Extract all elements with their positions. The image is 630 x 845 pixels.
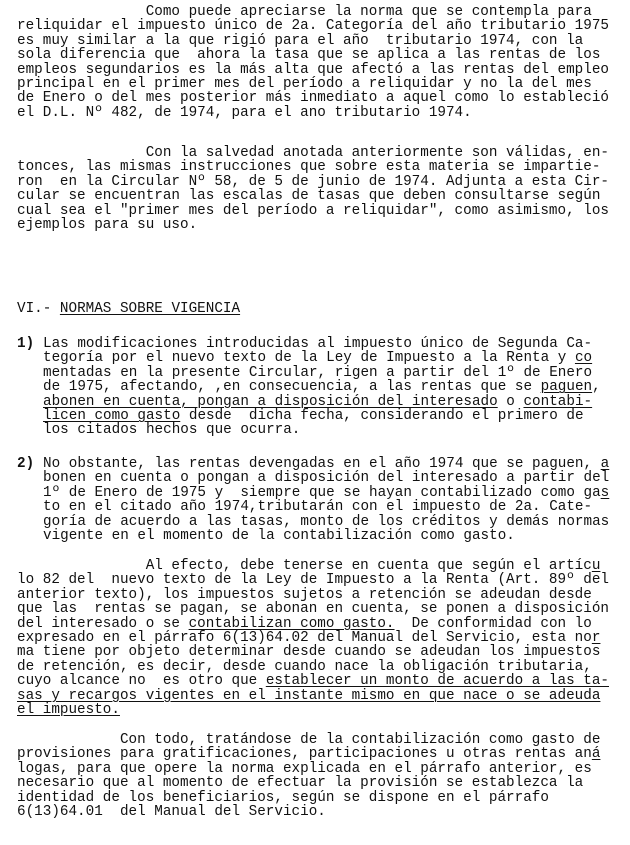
- text-line: Las modificaciones introducidas al impue…: [43, 337, 592, 351]
- text-line: de Enero o del mes posterior más inmedia…: [17, 91, 609, 105]
- text-line: de 1975, afectando, ,en consecuencia, a …: [43, 380, 601, 394]
- text-line: de retención, es decir, desde cuando nac…: [17, 660, 592, 674]
- text-line: cual sea el "primer mes del período a re…: [17, 204, 609, 218]
- text-line: ma tiene por objeto determinar desde cua…: [17, 645, 600, 659]
- text-line: del interesado o se contabilizan como ga…: [17, 617, 592, 631]
- text-line: cuyo alcance no es otro que establecer u…: [17, 674, 609, 688]
- text-line: 1º de Enero de 1975 y siempre que se hay…: [43, 486, 609, 500]
- text-line: que las rentas se pagan, se abonan en cu…: [17, 602, 609, 616]
- text-line: reliquidar el impuesto único de 2a. Cate…: [17, 19, 609, 33]
- text-line: vigente en el momento de la contabilizac…: [43, 529, 515, 543]
- text-line: No obstante, las rentas devengadas en el…: [43, 457, 609, 471]
- list-marker: 2): [17, 457, 34, 471]
- text-line: to en el citado año 1974,tributarán con …: [43, 500, 592, 514]
- text-line: cular se encuentran las escalas de tasas…: [17, 189, 600, 203]
- list-marker: 1): [17, 337, 34, 351]
- text-line: 6(13)64.01 del Manual del Servicio.: [17, 805, 326, 819]
- text-line: Como puede apreciarse la norma que se co…: [17, 5, 592, 19]
- text-line: necesario que al momento de efectuar la …: [17, 776, 583, 790]
- text-line: licen como gasto desde dicha fecha, cons…: [43, 409, 584, 423]
- text-line: sola diferencia que ahora la tasa que se…: [17, 48, 600, 62]
- text-line: identidad de los beneficiarios, según se…: [17, 791, 549, 805]
- text-line: goría de acuerdo a las tasas, monto de l…: [43, 515, 609, 529]
- text-line: expresado en el párrafo 6(13)64.02 del M…: [17, 631, 600, 645]
- text-line: provisiones para gratificaciones, partic…: [17, 747, 600, 761]
- text-line: el D.L. Nº 482, de 1974, para el ano tri…: [17, 106, 472, 120]
- underlined-text: á: [592, 746, 601, 762]
- text-line: mentadas en la presente Circular, rigen …: [43, 366, 592, 380]
- text-span: ,: [592, 379, 601, 395]
- text-line: bonen en cuenta o pongan a disposición d…: [43, 471, 609, 485]
- section-heading: VI.- NORMAS SOBRE VIGENCIA: [17, 302, 240, 316]
- text-span: vigente en el momento de la contabilizac…: [43, 528, 515, 544]
- text-line: Con la salvedad anotada anteriormente so…: [17, 146, 609, 160]
- text-line: empleos segundarios es la más alta que a…: [17, 63, 609, 77]
- text-line: el impuesto.: [17, 703, 120, 717]
- text-span: 6(13)64.01 del Manual del Servicio.: [17, 804, 326, 820]
- document-page: Como puede apreciarse la norma que se co…: [0, 0, 630, 845]
- section-title: NORMAS SOBRE VIGENCIA: [60, 301, 240, 317]
- section-number: VI.-: [17, 301, 60, 317]
- text-span: los citados hechos que ocurra.: [43, 422, 300, 438]
- text-line: lo 82 del nuevo texto de la Ley de Impue…: [17, 573, 609, 587]
- text-line: los citados hechos que ocurra.: [43, 423, 300, 437]
- text-line: anterior texto), los impuestos sujetos a…: [17, 588, 592, 602]
- underlined-text: s: [601, 485, 610, 501]
- underlined-text: el impuesto.: [17, 702, 120, 718]
- text-line: abonen en cuenta, pongan a disposición d…: [43, 395, 592, 409]
- text-line: Con todo, tratándose de la contabilizaci…: [17, 733, 600, 747]
- text-line: tegoría por el nuevo texto de la Ley de …: [43, 351, 592, 365]
- text-line: Al efecto, debe tenerse en cuenta que se…: [17, 559, 600, 573]
- text-line: ron en la Circular Nº 58, de 5 de junio …: [17, 175, 609, 189]
- text-line: tonces, las mismas instrucciones que sob…: [17, 160, 600, 174]
- text-line: principal en el primer mes del período a…: [17, 77, 592, 91]
- text-line: sas y recargos vigentes en el instante m…: [17, 689, 600, 703]
- text-line: ejemplos para su uso.: [17, 218, 197, 232]
- text-line: es muy similar a la que rigió para el añ…: [17, 34, 583, 48]
- text-line: logas, para que opere la norma explicada…: [17, 762, 592, 776]
